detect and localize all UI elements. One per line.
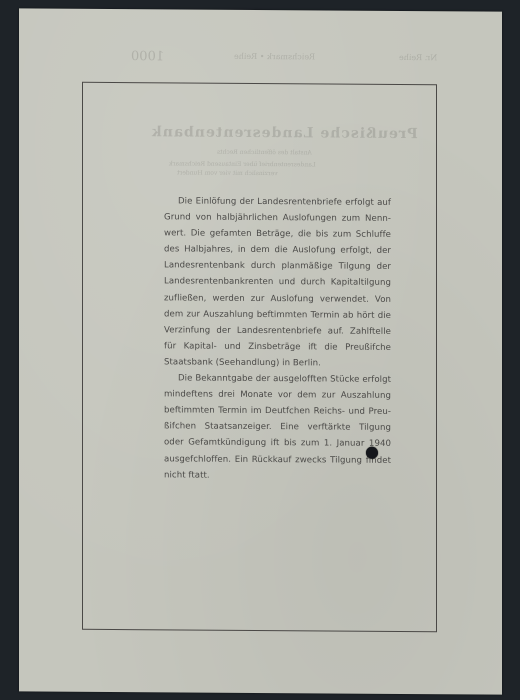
bleed-through-header-right: Nr. Reihe <box>399 53 437 62</box>
bleed-through-denomination: 1000 <box>131 49 164 64</box>
text-line: nicht ftatt. <box>148 467 391 485</box>
text-line: oder Gefamtkündigung ift bis zum 1. Janu… <box>148 435 391 453</box>
text-line: Grund von halbjährlichen Auslofungen zum… <box>148 209 391 227</box>
text-line: ausgefchloffen. Ein Rückkauf zwecks Tilg… <box>148 451 391 469</box>
paragraph-announcement: Die Bekanntgabe der ausgelofften Stücke … <box>148 370 391 484</box>
punch-hole-cancellation <box>366 447 378 459</box>
text-line: mindeftens drei Monate vor dem zur Ausza… <box>148 386 391 404</box>
certificate-paper: 1000 Reichsmark • Reihe Nr. Reihe Preußi… <box>19 8 502 694</box>
bleed-through-header-middle: Reichsmark • Reihe <box>234 52 315 62</box>
text-line: Die Einlöfung der Landesrentenbriefe erf… <box>148 193 391 211</box>
paragraph-redemption: Die Einlöfung der Landesrentenbriefe erf… <box>148 193 391 372</box>
text-line: des Halbjahres, in dem die Auslofung erf… <box>148 241 391 259</box>
text-line: Die Bekanntgabe der ausgelofften Stücke … <box>148 370 391 388</box>
text-line: Landesrentenbankrenten und durch Kapital… <box>148 274 391 292</box>
text-line: beftimmten Termin im Deutfchen Reichs- u… <box>148 402 391 420</box>
text-line: dem zur Auszahlung beftimmten Termin ab … <box>148 306 391 324</box>
text-line: ßifchen Staatsanzeiger. Eine verftärkte … <box>148 419 391 437</box>
text-line: Verzinfung der Landesrentenbriefe auf. Z… <box>148 322 391 340</box>
text-line: wert. Die gefamten Beträge, die bis zum … <box>148 225 391 243</box>
text-line: Staatsbank (Seehandlung) in Berlin. <box>148 354 391 372</box>
text-line: Landesrentenbank durch planmäßige Tilgun… <box>148 258 391 276</box>
text-line: zufließen, werden zur Auslofung verwende… <box>148 290 391 308</box>
text-line: für Kapital- und Zinsbeträge ift die Pre… <box>148 338 391 356</box>
terms-text-block: Die Einlöfung der Landesrentenbriefe erf… <box>148 193 391 484</box>
